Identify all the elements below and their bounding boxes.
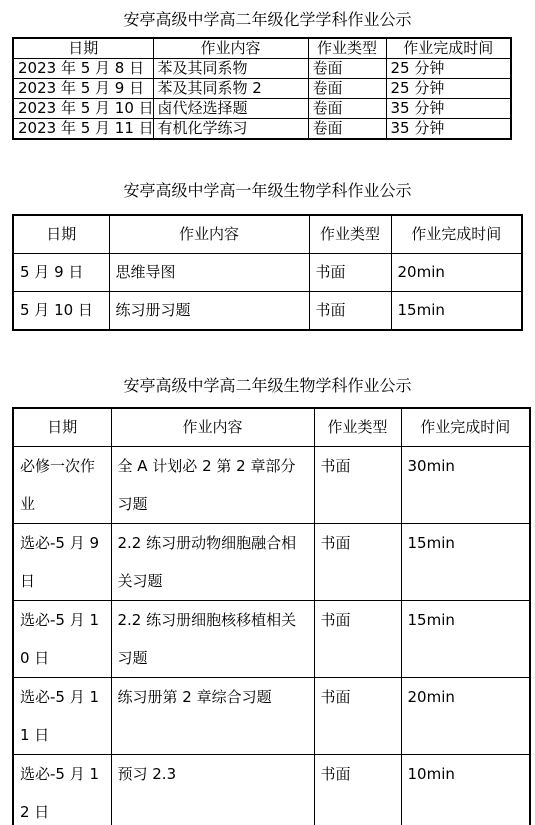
cell-duration: 35 分钟 [386, 119, 511, 140]
table-row: 2023 年 5 月 11 日 有机化学练习 卷面 35 分钟 [13, 119, 511, 140]
cell-duration: 35 分钟 [386, 99, 511, 119]
cell-content: 苯及其同系物 2 [153, 79, 308, 99]
cell-date: 2023 年 5 月 10 日 [13, 99, 153, 119]
cell-type: 卷面 [308, 119, 386, 140]
header-cell-duration: 作业完成时间 [401, 408, 530, 447]
cell-content: 2.2 练习册细胞核移植相关习题 [111, 601, 314, 678]
cell-content: 思维导图 [109, 254, 309, 292]
table-header-row: 日期 作业内容 作业类型 作业完成时间 [13, 408, 530, 447]
cell-date: 2023 年 5 月 8 日 [13, 59, 153, 79]
cell-duration: 30min [401, 447, 530, 524]
header-cell-content: 作业内容 [109, 215, 309, 254]
cell-date: 2023 年 5 月 11 日 [13, 119, 153, 140]
cell-type: 书面 [309, 254, 391, 292]
header-cell-duration: 作业完成时间 [386, 38, 511, 59]
cell-date: 选必-5 月 12 日 [13, 755, 111, 825]
table-row: 选必-5 月 11 日 练习册第 2 章综合习题 书面 20min [13, 678, 530, 755]
cell-duration: 20min [391, 254, 522, 292]
biology-grade1-table-title: 安亭高级中学高一年级生物学科作业公示 [12, 180, 523, 201]
header-cell-date: 日期 [13, 408, 111, 447]
header-cell-duration: 作业完成时间 [391, 215, 522, 254]
cell-type: 卷面 [308, 79, 386, 99]
cell-content: 苯及其同系物 [153, 59, 308, 79]
cell-duration: 25 分钟 [386, 59, 511, 79]
header-cell-content: 作业内容 [111, 408, 314, 447]
biology-grade2-table-title: 安亭高级中学高二年级生物学科作业公示 [12, 375, 523, 396]
cell-duration: 15min [401, 524, 530, 601]
header-cell-date: 日期 [13, 38, 153, 59]
table-row: 2023 年 5 月 8 日 苯及其同系物 卷面 25 分钟 [13, 59, 511, 79]
cell-date: 选必-5 月 11 日 [13, 678, 111, 755]
cell-content: 有机化学练习 [153, 119, 308, 140]
header-cell-date: 日期 [13, 215, 109, 254]
table-row: 5 月 10 日 练习册习题 书面 15min [13, 292, 522, 331]
biology-grade1-homework-table: 日期 作业内容 作业类型 作业完成时间 5 月 9 日 思维导图 书面 20mi… [12, 214, 523, 331]
header-cell-type: 作业类型 [309, 215, 391, 254]
cell-content: 预习 2.3 [111, 755, 314, 825]
cell-content: 卤代烃选择题 [153, 99, 308, 119]
chemistry-table-title: 安亭高级中学高二年级化学学科作业公示 [12, 9, 523, 30]
cell-date: 选必-5 月 9 日 [13, 524, 111, 601]
cell-type: 书面 [314, 678, 401, 755]
header-cell-content: 作业内容 [153, 38, 308, 59]
table-row: 5 月 9 日 思维导图 书面 20min [13, 254, 522, 292]
table-row: 选必-5 月 10 日 2.2 练习册细胞核移植相关习题 书面 15min [13, 601, 530, 678]
cell-duration: 25 分钟 [386, 79, 511, 99]
cell-duration: 20min [401, 678, 530, 755]
table-row: 2023 年 5 月 10 日 卤代烃选择题 卷面 35 分钟 [13, 99, 511, 119]
cell-content: 全 A 计划必 2 第 2 章部分习题 [111, 447, 314, 524]
cell-date: 5 月 9 日 [13, 254, 109, 292]
cell-content: 练习册习题 [109, 292, 309, 331]
cell-date: 必修一次作业 [13, 447, 111, 524]
header-cell-type: 作业类型 [314, 408, 401, 447]
cell-type: 书面 [314, 524, 401, 601]
cell-date: 选必-5 月 10 日 [13, 601, 111, 678]
cell-type: 书面 [309, 292, 391, 331]
table-row: 2023 年 5 月 9 日 苯及其同系物 2 卷面 25 分钟 [13, 79, 511, 99]
table-header-row: 日期 作业内容 作业类型 作业完成时间 [13, 215, 522, 254]
header-cell-type: 作业类型 [308, 38, 386, 59]
table-row: 选必-5 月 12 日 预习 2.3 书面 10min [13, 755, 530, 825]
cell-duration: 10min [401, 755, 530, 825]
chemistry-homework-table: 日期 作业内容 作业类型 作业完成时间 2023 年 5 月 8 日 苯及其同系… [12, 37, 512, 140]
cell-date: 5 月 10 日 [13, 292, 109, 331]
cell-duration: 15min [391, 292, 522, 331]
document-page: 安亭高级中学高二年级化学学科作业公示 日期 作业内容 作业类型 作业完成时间 2… [0, 0, 535, 825]
table-row: 选必-5 月 9 日 2.2 练习册动物细胞融合相关习题 书面 15min [13, 524, 530, 601]
cell-type: 书面 [314, 447, 401, 524]
table-header-row: 日期 作业内容 作业类型 作业完成时间 [13, 38, 511, 59]
cell-type: 卷面 [308, 59, 386, 79]
cell-date: 2023 年 5 月 9 日 [13, 79, 153, 99]
cell-content: 2.2 练习册动物细胞融合相关习题 [111, 524, 314, 601]
cell-duration: 15min [401, 601, 530, 678]
cell-type: 书面 [314, 601, 401, 678]
table-row: 必修一次作业 全 A 计划必 2 第 2 章部分习题 书面 30min [13, 447, 530, 524]
biology-grade2-homework-table: 日期 作业内容 作业类型 作业完成时间 必修一次作业 全 A 计划必 2 第 2… [12, 407, 531, 825]
cell-type: 书面 [314, 755, 401, 825]
cell-content: 练习册第 2 章综合习题 [111, 678, 314, 755]
cell-type: 卷面 [308, 99, 386, 119]
